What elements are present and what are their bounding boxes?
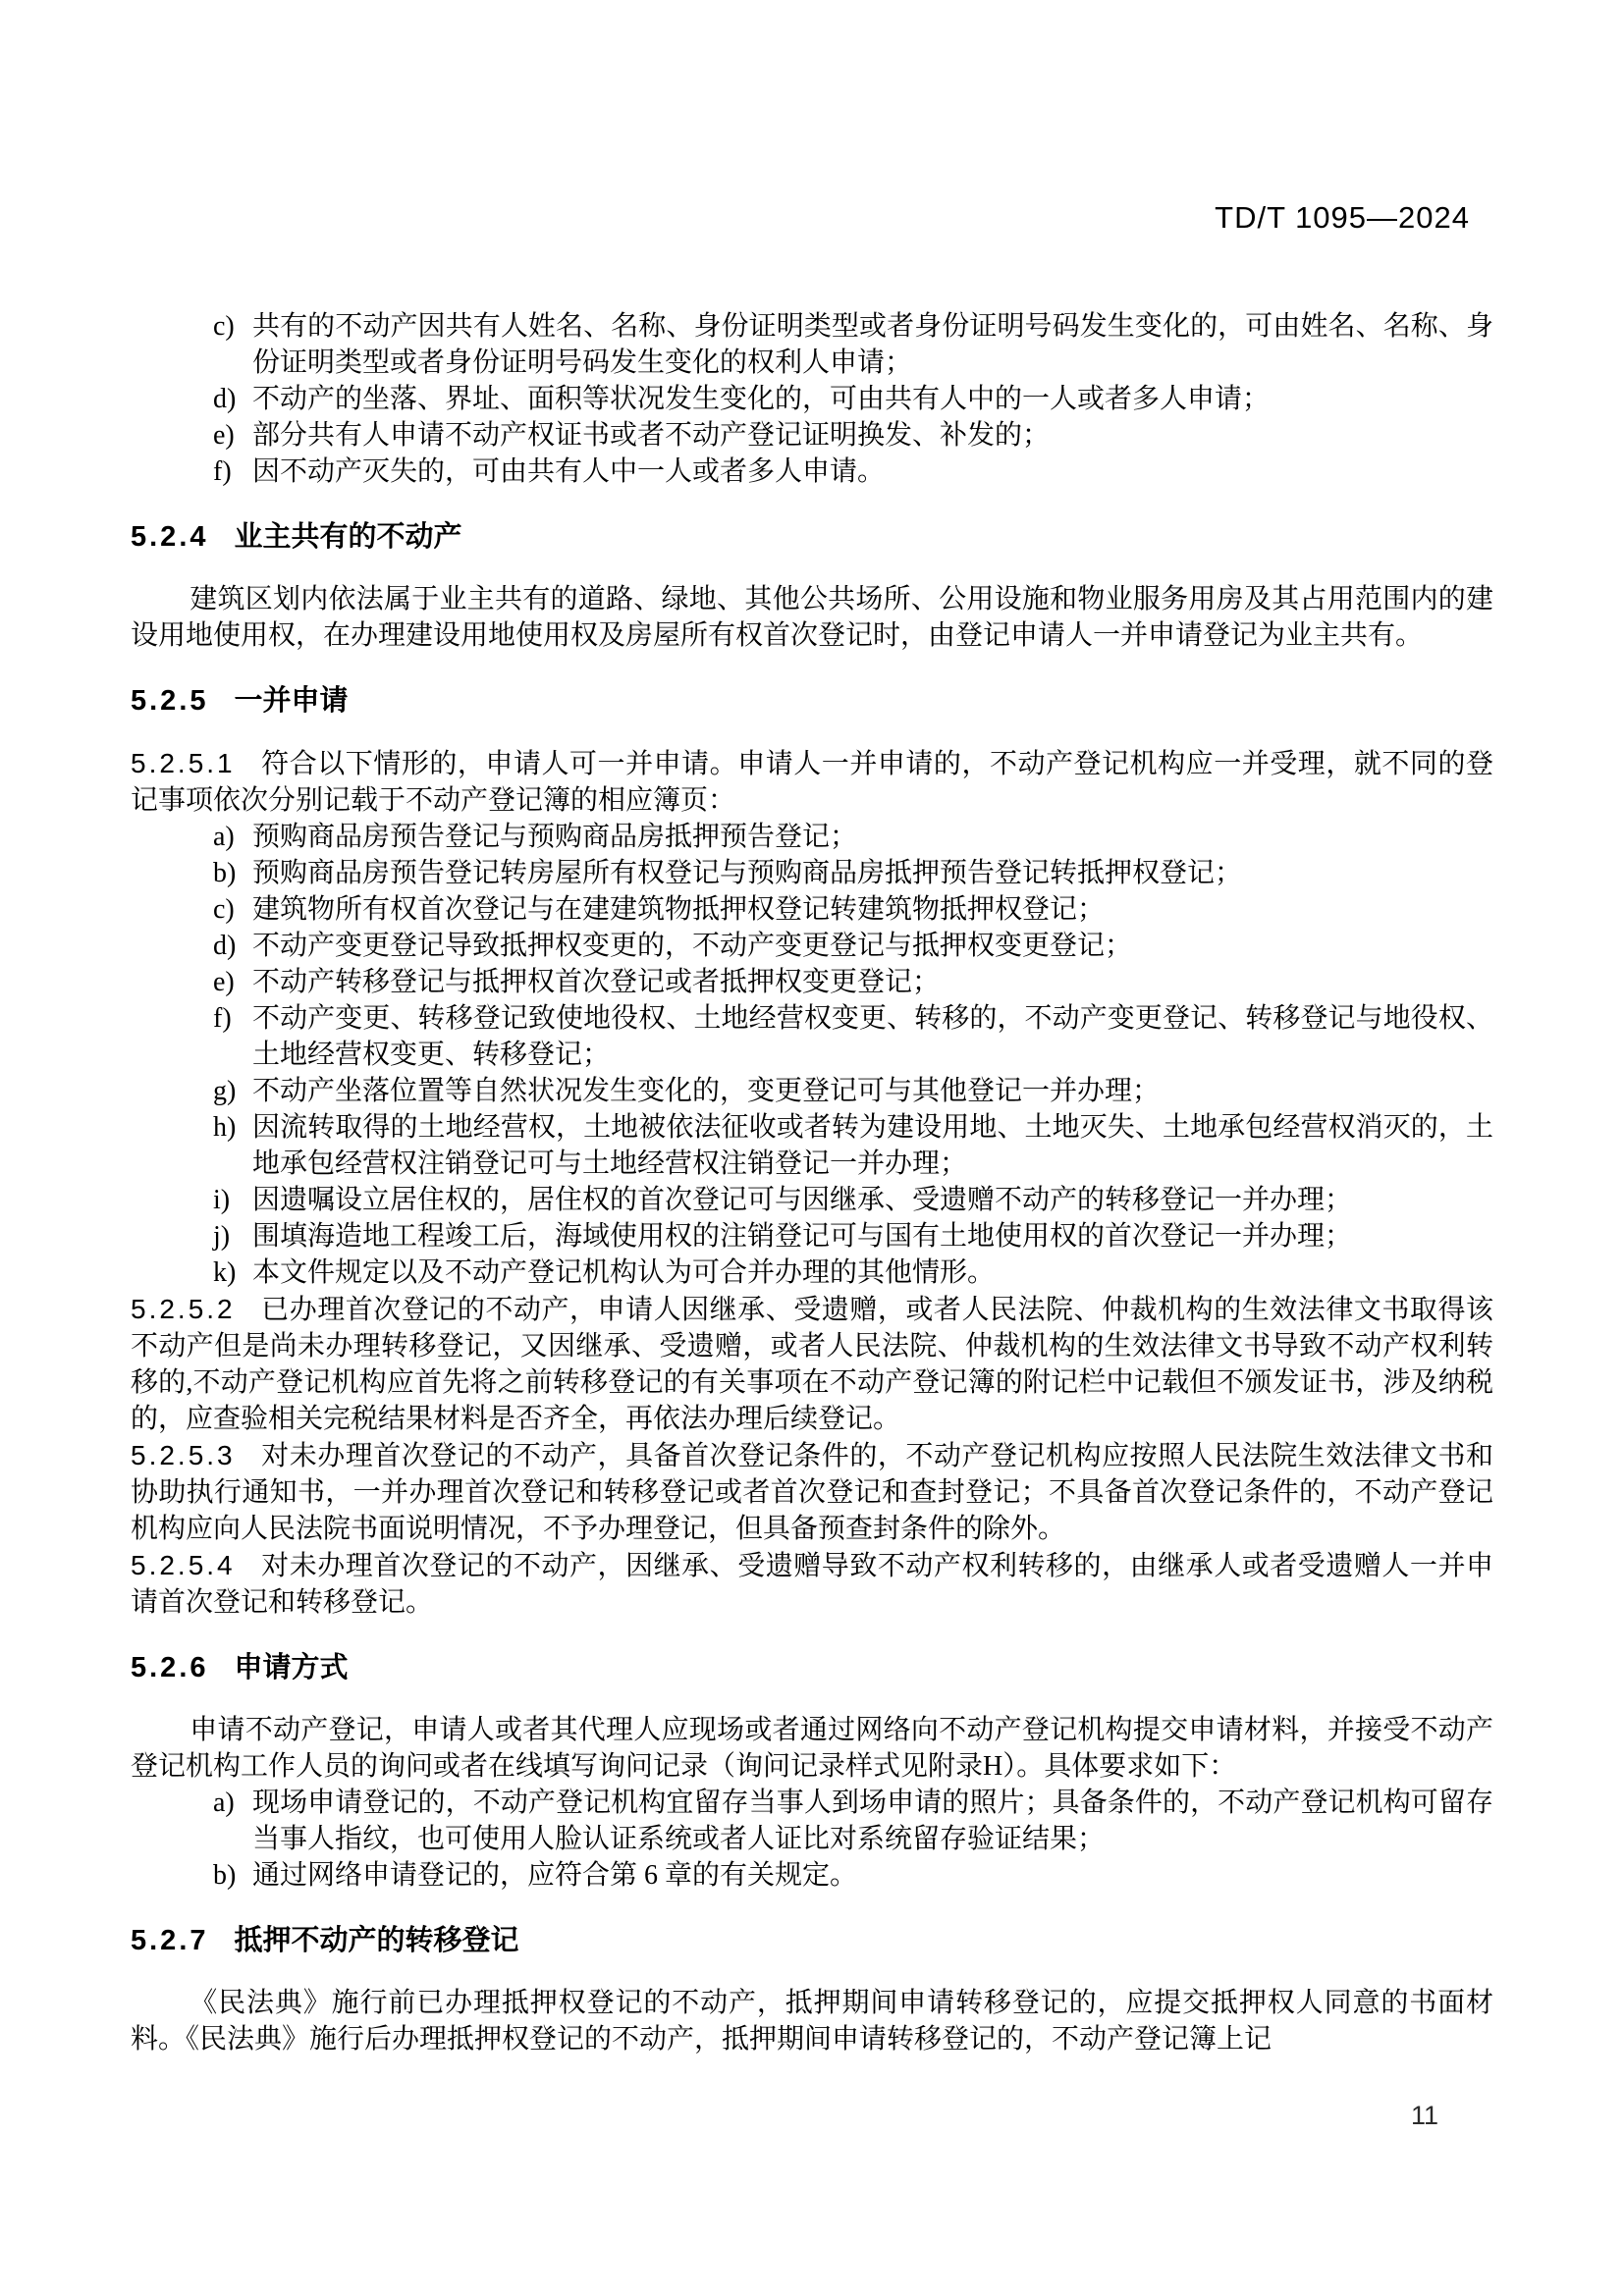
list-item-text: 现场申请登记的，不动产登记机构宜留存当事人到场申请的照片；具备条件的，不动产登记… [252, 1785, 1493, 1857]
clause-text: 已办理首次登记的不动产，申请人因继承、受遗赠，或者人民法院、仲裁机构的生效法律文… [131, 1295, 1493, 1434]
list-item-text: 因流转取得的土地经营权，土地被依法征收或者转为建设用地、土地灭失、土地承包经营权… [252, 1109, 1493, 1182]
list-item-text: 因不动产灭失的，可由共有人中一人或者多人申请。 [252, 454, 1493, 490]
list-item: f) 不动产变更、转移登记致使地役权、土地经营权变更、转移的，不动产变更登记、转… [213, 1000, 1493, 1073]
list-item-text: 部分共有人申请不动产权证书或者不动产登记证明换发、补发的； [252, 417, 1493, 454]
list-item-label: g) [213, 1073, 252, 1109]
section-heading-526: 5.2.6申请方式 [131, 1650, 1493, 1686]
list-item-label: i) [213, 1182, 252, 1218]
page-content: c) 共有的不动产因共有人姓名、名称、身份证明类型或者身份证明号码发生变化的，可… [131, 308, 1493, 2057]
joint-application-list: a) 预购商品房预告登记与预购商品房抵押预告登记； b) 预购商品房预告登记转房… [131, 819, 1493, 1291]
clause-number: 5.2.5.4 [131, 1550, 236, 1580]
section-526-paragraph: 申请不动产登记，申请人或者其代理人应现场或者通过网络向不动产登记机构提交申请材料… [131, 1712, 1493, 1785]
list-item-text: 不动产变更、转移登记致使地役权、土地经营权变更、转移的，不动产变更登记、转移登记… [252, 1000, 1493, 1073]
list-item: b) 预购商品房预告登记转房屋所有权登记与预购商品房抵押预告登记转抵押权登记； [213, 855, 1493, 891]
clause-number: 5.2.5.2 [131, 1294, 236, 1324]
list-item: f) 因不动产灭失的，可由共有人中一人或者多人申请。 [213, 454, 1493, 490]
section-heading-527: 5.2.7抵押不动产的转移登记 [131, 1923, 1493, 1959]
section-number: 5.2.6 [131, 1652, 209, 1683]
list-item: h) 因流转取得的土地经营权，土地被依法征收或者转为建设用地、土地灭失、土地承包… [213, 1109, 1493, 1182]
list-item: a) 预购商品房预告登记与预购商品房抵押预告登记； [213, 819, 1493, 855]
clause-text: 对未办理首次登记的不动产，因继承、受遗赠导致不动产权利转移的，由继承人或者受遗赠… [131, 1551, 1493, 1618]
list-item-label: j) [213, 1218, 252, 1255]
section-number: 5.2.5 [131, 685, 209, 717]
list-item-text: 建筑物所有权首次登记与在建建筑物抵押权登记转建筑物抵押权登记； [252, 891, 1493, 928]
list-item-text: 本文件规定以及不动产登记机构认为可合并办理的其他情形。 [252, 1255, 1493, 1291]
list-item-label: d) [213, 928, 252, 964]
section-527-paragraph: 《民法典》施行前已办理抵押权登记的不动产，抵押期间申请转移登记的，应提交抵押权人… [131, 1985, 1493, 2057]
clause-5252: 5.2.5.2已办理首次登记的不动产，申请人因继承、受遗赠，或者人民法院、仲裁机… [131, 1291, 1493, 1437]
list-item-label: b) [213, 1857, 252, 1894]
clause-5254: 5.2.5.4对未办理首次登记的不动产，因继承、受遗赠导致不动产权利转移的，由继… [131, 1547, 1493, 1621]
section-title: 抵押不动产的转移登记 [235, 1925, 519, 1956]
list-item-label: b) [213, 855, 252, 891]
list-item: i) 因遗嘱设立居住权的，居住权的首次登记可与因继承、受遗赠不动产的转移登记一并… [213, 1182, 1493, 1218]
list-item: e) 不动产转移登记与抵押权首次登记或者抵押权变更登记； [213, 964, 1493, 1000]
list-item-label: a) [213, 1785, 252, 1857]
clause-5251: 5.2.5.1符合以下情形的，申请人可一并申请。申请人一并申请的，不动产登记机构… [131, 745, 1493, 819]
list-item: c) 共有的不动产因共有人姓名、名称、身份证明类型或者身份证明号码发生变化的，可… [213, 308, 1493, 381]
section-heading-525: 5.2.5一并申请 [131, 683, 1493, 720]
list-item-label: f) [213, 454, 252, 490]
clause-5253: 5.2.5.3对未办理首次登记的不动产，具备首次登记条件的，不动产登记机构应按照… [131, 1437, 1493, 1547]
list-item-label: a) [213, 819, 252, 855]
list-item-text: 因遗嘱设立居住权的，居住权的首次登记可与因继承、受遗赠不动产的转移登记一并办理； [252, 1182, 1493, 1218]
list-item-text: 共有的不动产因共有人姓名、名称、身份证明类型或者身份证明号码发生变化的，可由姓名… [252, 308, 1493, 381]
list-item-text: 围填海造地工程竣工后，海域使用权的注销登记可与国有土地使用权的首次登记一并办理； [252, 1218, 1493, 1255]
section-heading-524: 5.2.4业主共有的不动产 [131, 519, 1493, 556]
clause-number: 5.2.5.3 [131, 1440, 236, 1470]
doc-number: TD/T 1095—2024 [1215, 200, 1470, 236]
clause-text: 对未办理首次登记的不动产，具备首次登记条件的，不动产登记机构应按照人民法院生效法… [131, 1441, 1493, 1544]
list-item: e) 部分共有人申请不动产权证书或者不动产登记证明换发、补发的； [213, 417, 1493, 454]
section-title: 申请方式 [235, 1652, 349, 1683]
list-item-label: k) [213, 1255, 252, 1291]
list-item: a) 现场申请登记的，不动产登记机构宜留存当事人到场申请的照片；具备条件的，不动… [213, 1785, 1493, 1857]
page-number: 11 [1411, 2101, 1438, 2131]
list-item-text: 不动产的坐落、界址、面积等状况发生变化的，可由共有人中的一人或者多人申请； [252, 381, 1493, 417]
list-item-label: c) [213, 308, 252, 381]
list-item-label: e) [213, 964, 252, 1000]
section-524-paragraph: 建筑区划内依法属于业主共有的道路、绿地、其他公共场所、公用设施和物业服务用房及其… [131, 581, 1493, 654]
list-item-label: f) [213, 1000, 252, 1073]
list-item-label: c) [213, 891, 252, 928]
list-item-text: 不动产变更登记导致抵押权变更的，不动产变更登记与抵押权变更登记； [252, 928, 1493, 964]
list-item-text: 不动产坐落位置等自然状况发生变化的，变更登记可与其他登记一并办理； [252, 1073, 1493, 1109]
co-owner-apply-list: c) 共有的不动产因共有人姓名、名称、身份证明类型或者身份证明号码发生变化的，可… [131, 308, 1493, 490]
list-item-label: e) [213, 417, 252, 454]
list-item-text: 不动产转移登记与抵押权首次登记或者抵押权变更登记； [252, 964, 1493, 1000]
list-item: g) 不动产坐落位置等自然状况发生变化的，变更登记可与其他登记一并办理； [213, 1073, 1493, 1109]
list-item-label: h) [213, 1109, 252, 1182]
section-number: 5.2.7 [131, 1925, 209, 1956]
list-item-text: 通过网络申请登记的，应符合第 6 章的有关规定。 [252, 1857, 1493, 1894]
clause-number: 5.2.5.1 [131, 748, 236, 778]
list-item-label: d) [213, 381, 252, 417]
section-number: 5.2.4 [131, 521, 209, 553]
list-item-text: 预购商品房预告登记与预购商品房抵押预告登记； [252, 819, 1493, 855]
clause-text: 符合以下情形的，申请人可一并申请。申请人一并申请的，不动产登记机构应一并受理，就… [131, 749, 1493, 816]
list-item: d) 不动产变更登记导致抵押权变更的，不动产变更登记与抵押权变更登记； [213, 928, 1493, 964]
list-item: c) 建筑物所有权首次登记与在建建筑物抵押权登记转建筑物抵押权登记； [213, 891, 1493, 928]
list-item: k) 本文件规定以及不动产登记机构认为可合并办理的其他情形。 [213, 1255, 1493, 1291]
list-item: b) 通过网络申请登记的，应符合第 6 章的有关规定。 [213, 1857, 1493, 1894]
application-method-list: a) 现场申请登记的，不动产登记机构宜留存当事人到场申请的照片；具备条件的，不动… [131, 1785, 1493, 1894]
list-item: j) 围填海造地工程竣工后，海域使用权的注销登记可与国有土地使用权的首次登记一并… [213, 1218, 1493, 1255]
list-item: d) 不动产的坐落、界址、面积等状况发生变化的，可由共有人中的一人或者多人申请； [213, 381, 1493, 417]
section-title: 业主共有的不动产 [235, 521, 462, 553]
section-title: 一并申请 [235, 685, 349, 717]
list-item-text: 预购商品房预告登记转房屋所有权登记与预购商品房抵押预告登记转抵押权登记； [252, 855, 1493, 891]
